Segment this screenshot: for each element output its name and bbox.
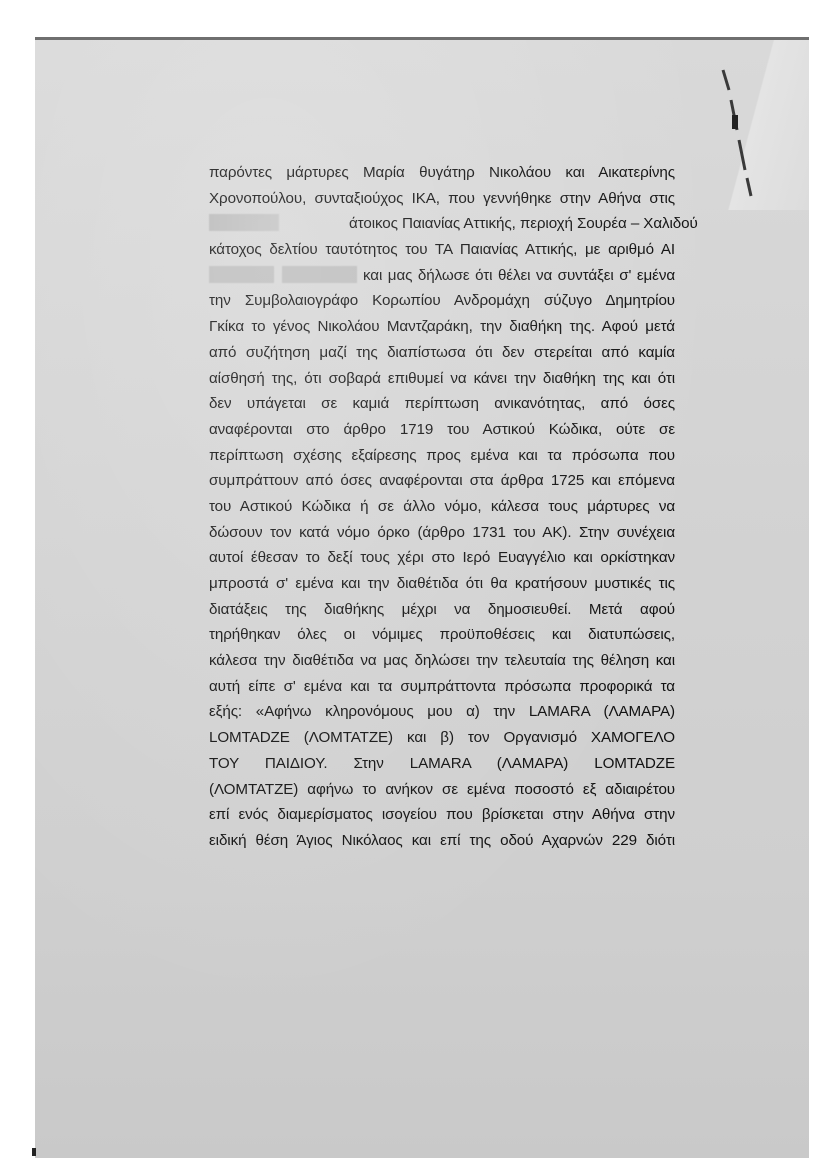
text-line: μπροστά σ' εμένα και την διαθέτιδα ότι θ… [209,571,675,597]
text-line: Γκίκα το γένος Νικολάου Μαντζαράκη, την … [209,314,675,340]
text-line: αυτή είπε σ' εμένα και τα συμπράττοντα π… [209,674,675,700]
text-line: (ΛΟΜΤΑΤΖΕ) αφήνω το ανήκον σε εμένα ποσο… [209,777,675,803]
text-line: επί ενός διαμερίσματος ισογείου που βρίσ… [209,802,675,828]
text-line: διατάξεις της διαθήκης μέχρι να δημοσιευ… [209,597,675,623]
scan-edge-mark [32,1148,36,1156]
text-fragment: και μας δήλωσε ότι θέλει να συντάξει σ' … [363,267,675,284]
text-line: ΤΟΥ ΠΑΙΔΙΟΥ. Στην LAMARA (ΛΑΜΑΡΑ) LOMTAD… [209,751,675,777]
text-line: αίσθησή της, ότι σοβαρά επιθυμεί να κάνε… [209,366,675,392]
text-line: αυτοί έθεσαν το δεξί τους χέρι στο Ιερό … [209,545,675,571]
text-line: δώσουν τον κατά νόμο όρκο (άρθρο 1731 το… [209,520,675,546]
redaction-block [209,214,279,231]
redaction-block [282,266,357,283]
text-line: περίπτωση σχέσης εξαίρεσης προς εμένα κα… [209,443,675,469]
text-line: από συζήτηση μαζί της διαπίστωσα ότι δεν… [209,340,675,366]
redaction-block [209,266,274,283]
text-line: δεν υπάγεται σε καμιά περίπτωση ανικανότ… [209,391,675,417]
text-line: LOMTADZE (ΛΟΜΤΑΤΖΕ) και β) τον Οργανισμό… [209,725,675,751]
text-line: ειδική θέση Άγιος Νικόλαος και επί της ο… [209,828,675,854]
bleed-through-marks-icon [721,60,761,200]
text-line-redacted: άτοικος Παιανίας Αττικής, περιοχή Σουρέα… [209,211,675,237]
text-line: κάτοχος δελτίου ταυτότητος του ΤΑ Παιανί… [209,237,675,263]
text-line: συμπράττουν από όσες αναφέρονται στα άρθ… [209,468,675,494]
text-line: παρόντες μάρτυρες Μαρία θυγάτηρ Νικολάου… [209,160,675,186]
scanned-page: παρόντες μάρτυρες Μαρία θυγάτηρ Νικολάου… [35,37,809,1158]
text-line: την Συμβολαιογράφο Κορωπίου Ανδρομάχη σύ… [209,288,675,314]
text-line: του Αστικού Κώδικα ή σε άλλο νόμο, κάλεσ… [209,494,675,520]
text-line: κάλεσα την διαθέτιδα να μας δηλώσει την … [209,648,675,674]
text-line: αναφέρονται στο άρθρο 1719 του Αστικού Κ… [209,417,675,443]
will-body-text: παρόντες μάρτυρες Μαρία θυγάτηρ Νικολάου… [209,160,675,854]
text-fragment: άτοικος Παιανίας Αττικής, περιοχή Σουρέα… [349,215,698,232]
text-line: εξής: «Αφήνω κληρονόμους μου α) την LAMA… [209,699,675,725]
text-line: Χρονοπούλου, συνταξιούχος ΙΚΑ, που γεννή… [209,186,675,212]
text-line: τηρήθηκαν όλες οι νόμιμες προϋποθέσεις κ… [209,622,675,648]
text-line-redacted: και μας δήλωσε ότι θέλει να συντάξει σ' … [209,263,675,289]
